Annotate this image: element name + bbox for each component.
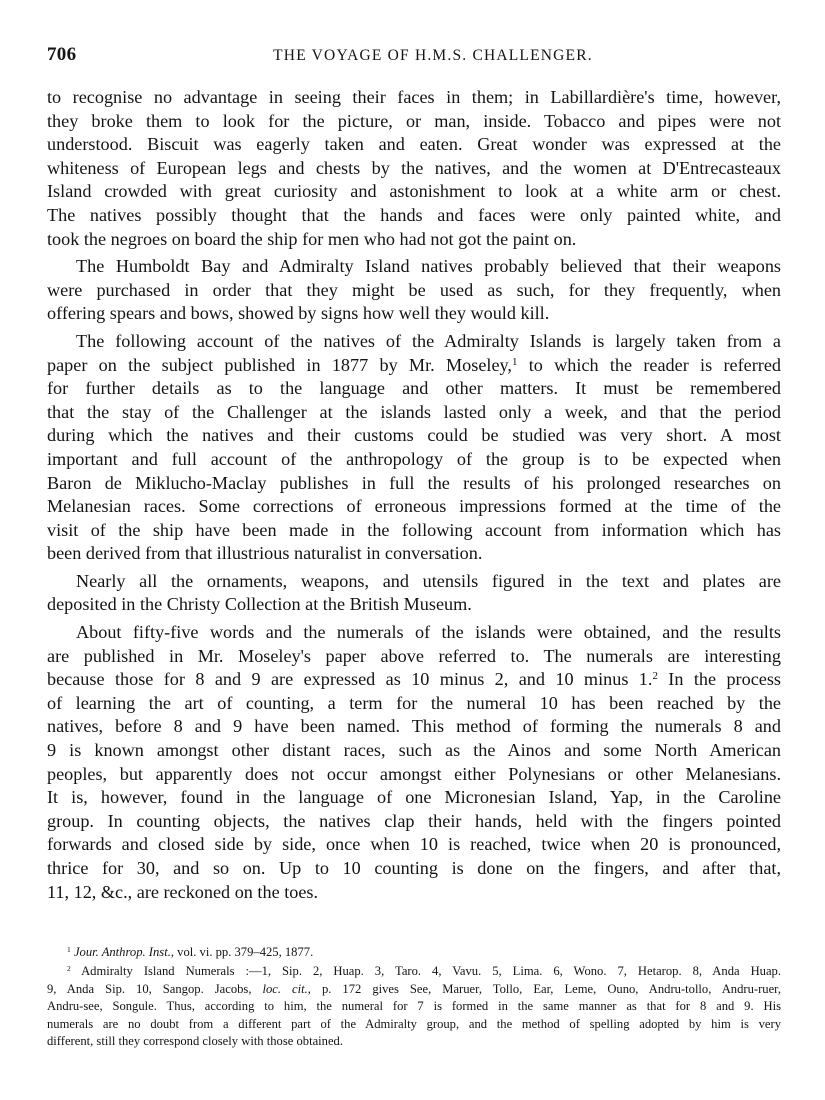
footnotes: 1 Jour. Anthrop. Inst., vol. vi. pp. 379…	[47, 944, 781, 1050]
text-line: for further details as to the language a…	[47, 377, 781, 401]
text-line: to recognise no advantage in seeing thei…	[47, 86, 781, 110]
text-line: were purchased in order that they might …	[47, 279, 781, 303]
text-line: forwards and closed side by side, once w…	[47, 833, 781, 857]
text-line: deposited in the Christy Collection at t…	[47, 593, 781, 617]
text-line: offering spears and bows, showed by sign…	[47, 302, 781, 326]
paragraph: Nearly all the ornaments, weapons, and u…	[47, 570, 781, 617]
text-line: 11, 12, &c., are reckoned on the toes.	[47, 881, 781, 905]
body-text: to recognise no advantage in seeing thei…	[47, 86, 781, 904]
text-line: The Humboldt Bay and Admiralty Island na…	[47, 255, 781, 279]
footnote: 2 Admiralty Island Numerals :—1, Sip. 2,…	[47, 963, 781, 1050]
text-line: The following account of the natives of …	[47, 330, 781, 354]
paragraph: to recognise no advantage in seeing thei…	[47, 86, 781, 251]
running-title: THE VOYAGE OF H.M.S. CHALLENGER.	[47, 47, 819, 65]
text-line: Nearly all the ornaments, weapons, and u…	[47, 570, 781, 594]
text-line: thrice for 30, and so on. Up to 10 count…	[47, 857, 781, 881]
text-line: natives, before 8 and 9 have been named.…	[47, 715, 781, 739]
text-line: 9 is known amongst other distant races, …	[47, 739, 781, 763]
footnote: 1 Jour. Anthrop. Inst., vol. vi. pp. 379…	[47, 944, 781, 961]
footnote-line: numerals are no doubt from a different p…	[47, 1016, 781, 1033]
text-line: during which the natives and their custo…	[47, 424, 781, 448]
text-line: been derived from that illustrious natur…	[47, 542, 781, 566]
text-line: The natives possibly thought that the ha…	[47, 204, 781, 228]
text-line: visit of the ship have been made in the …	[47, 519, 781, 543]
text-line: Island crowded with great curiosity and …	[47, 180, 781, 204]
footnote-line: 2 Admiralty Island Numerals :—1, Sip. 2,…	[47, 963, 781, 980]
running-head: 706 THE VOYAGE OF H.M.S. CHALLENGER.	[47, 44, 781, 68]
text-line: are published in Mr. Moseley's paper abo…	[47, 645, 781, 669]
footnote-reference[interactable]: 2	[652, 670, 657, 682]
text-line: group. In counting objects, the natives …	[47, 810, 781, 834]
text-line: About fifty-five words and the numerals …	[47, 621, 781, 645]
text-line: because those for 8 and 9 are expressed …	[47, 668, 781, 692]
text-line: important and full account of the anthro…	[47, 448, 781, 472]
paragraph: About fifty-five words and the numerals …	[47, 621, 781, 904]
text-line: whiteness of European legs and chests by…	[47, 157, 781, 181]
footnote-line: 1 Jour. Anthrop. Inst., vol. vi. pp. 379…	[47, 944, 781, 961]
text-line: understood. Biscuit was eagerly taken an…	[47, 133, 781, 157]
text-line: of learning the art of counting, a term …	[47, 692, 781, 716]
footnote-line: 9, Anda Sip. 10, Sangop. Jacobs, loc. ci…	[47, 981, 781, 998]
footnote-line: Andru-see, Songule. Thus, according to h…	[47, 998, 781, 1015]
text-line: paper on the subject published in 1877 b…	[47, 354, 781, 378]
footnote-marker: 2	[67, 964, 71, 973]
footnote-reference[interactable]: 1	[512, 356, 517, 368]
text-line: It is, however, found in the language of…	[47, 786, 781, 810]
text-line: Baron de Miklucho-Maclay publishes in fu…	[47, 472, 781, 496]
text-line: they broke them to look for the picture,…	[47, 110, 781, 134]
text-line: that the stay of the Challenger at the i…	[47, 401, 781, 425]
footnote-line: different, still they correspond closely…	[47, 1033, 781, 1050]
text-line: Melanesian races. Some corrections of er…	[47, 495, 781, 519]
text-line: peoples, but apparently does not occur a…	[47, 763, 781, 787]
paragraph: The Humboldt Bay and Admiralty Island na…	[47, 255, 781, 326]
text-line: took the negroes on board the ship for m…	[47, 228, 781, 252]
paragraph: The following account of the natives of …	[47, 330, 781, 566]
footnote-marker: 1	[67, 945, 71, 954]
